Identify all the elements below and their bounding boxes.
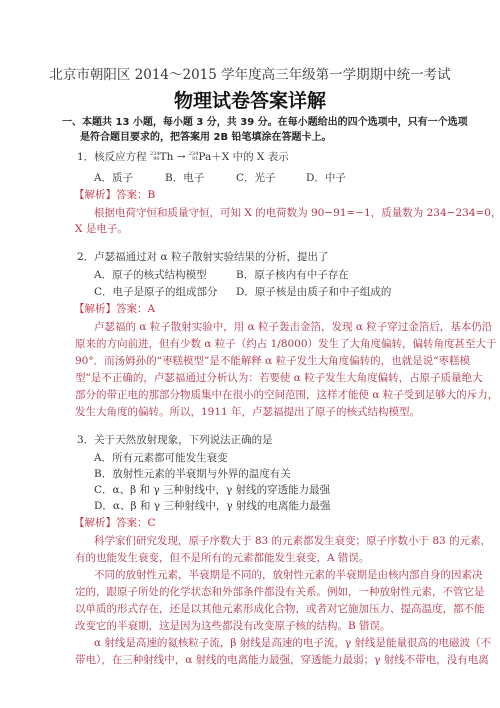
exam-title: 北京市朝阳区 2014～2015 学年度高三年级第一学期期中统一考试	[0, 68, 500, 82]
section-instruction-line1: 一、本题共 13 小题，每小题 3 分，共 39 分。在每小题给出的四个选项中，…	[62, 116, 468, 130]
q2-explanation-line: 原来的方向前进，但有少数 α 粒子（约占 1/8000）发生了大角度偏转，偏转角…	[75, 337, 497, 351]
q3-explanation-line: 改变它的半衰期，这是因为这些都没有改变原子核的结构。B 错误。	[75, 619, 391, 633]
pa-nuclide-numbers: 23491	[189, 152, 199, 162]
arrow-icon: →	[177, 151, 186, 163]
q3-answer-label: 【解析】答案：C	[74, 516, 156, 530]
question-1-suffix: 中的 X 表示	[233, 151, 289, 163]
q2-explanation-line: 型”是不正确的，卢瑟福通过分析认为：若要使 α 粒子发生大角度偏转，占原子质量绝…	[75, 371, 483, 385]
q2-answer-label: 【解析】答案：A	[74, 302, 155, 316]
q3-explanation-line: 以单质的形式存在，还是以其他元素形成化合物，或者对它施加压力、提高温度，都不能	[75, 602, 485, 616]
q3-explanation-line: 有的也能发生衰变，但不是所有的元素都能发生衰变，A 错误。	[75, 551, 369, 565]
q2-option-b: B．原子核内有中子存在	[236, 268, 349, 282]
q3-explanation-line: 科学家们研究发现，原子序数大于 83 的元素都发生衰变；原子序数小于 83 的元…	[94, 534, 491, 548]
q2-explanation-line: 卢瑟福的 α 粒子散射实验中，用 α 粒子轰击金箔，发现 α 粒子穿过金箔后，基…	[94, 320, 492, 334]
q2-option-a: A．原子的核式结构模型	[94, 268, 207, 282]
q2-explanation-line: 90°．而汤姆孙的“枣糕模型”是不能解释 α 粒子发生大角度偏转的，也就是说“枣…	[75, 354, 470, 368]
q1-explanation-line: 根据电荷守恒和质量守恒，可知 X 的电荷数为 90−91=−1，质量数为 234…	[94, 206, 500, 220]
th-symbol: Th	[160, 151, 174, 163]
q3-explanation-line: 定的，跟原子所处的化学状态和外部条件都没有关系。例如，一种放射性元素，不管它是	[75, 585, 485, 599]
q2-option-d: D．原子核是由质子和中子组成的	[236, 285, 391, 299]
q3-explanation-line: 不同的放射性元素，半衰期是不同的，放射性元素的半衰期是由核内部自身的因素决	[94, 568, 483, 582]
question-1-stem: 1．核反应方程 23490Th → 23491Pa＋X 中的 X 表示	[77, 150, 289, 164]
question-2-stem: 2．卢瑟福通过对 α 粒子散射实验结果的分析，提出了	[77, 250, 328, 264]
q1-option-a: A．质子	[94, 171, 133, 185]
q3-option-a: A．所有元素都可能发生衰变	[94, 451, 228, 465]
question-3-stem: 3．关于天然放射现象，下列说法正确的是	[77, 433, 273, 447]
q2-option-c: C．电子是原子的组成部分	[94, 285, 218, 299]
q3-option-d: D．α、β 和 γ 三种射线中，γ 射线的电离能力最强	[94, 499, 330, 513]
q3-option-b: B．放射性元素的半衰期与外界的温度有关	[94, 467, 291, 481]
q3-explanation-line: α 射线是高速的氦核粒子流，β 射线是高速的电子流，γ 射线是能量很高的电磁波（…	[94, 636, 491, 650]
q2-explanation-line: 发生大角度的偏转。所以，1911 年，卢瑟福提出了原子的核式结构模型。	[75, 405, 420, 419]
q3-explanation-line: 带电），在三种射线中，α 射线的电离能力最强，穿透能力最弱；γ 射线不带电，没有…	[75, 653, 489, 667]
section-instruction-line2: 是符合题目要求的，把答案用 2B 铅笔填涂在答题卡上。	[80, 131, 332, 145]
q1-option-b: B．电子	[165, 171, 204, 185]
q1-option-c: C．光子	[236, 171, 276, 185]
q1-answer-label: 【解析】答案：B	[74, 188, 155, 202]
q2-explanation-line: 部分的带正电的那部分物质集中在很小的空间范围，这样才能使 α 粒子受到足够大的斥…	[75, 388, 498, 402]
question-1-prefix: 1．核反应方程	[77, 151, 147, 163]
q1-option-d: D．中子	[306, 171, 346, 185]
q1-explanation-line: X 是电子。	[75, 222, 128, 236]
document-page: 北京市朝阳区 2014～2015 学年度高三年级第一学期期中统一考试 物理试卷答…	[0, 0, 500, 708]
doc-title: 物理试卷答案详解	[0, 89, 500, 113]
q3-option-c: C．α、β 和 γ 三种射线中，γ 射线的穿透能力最强	[94, 483, 330, 497]
th-nuclide-numbers: 23490	[150, 152, 160, 162]
pa-symbol: Pa	[198, 151, 211, 163]
